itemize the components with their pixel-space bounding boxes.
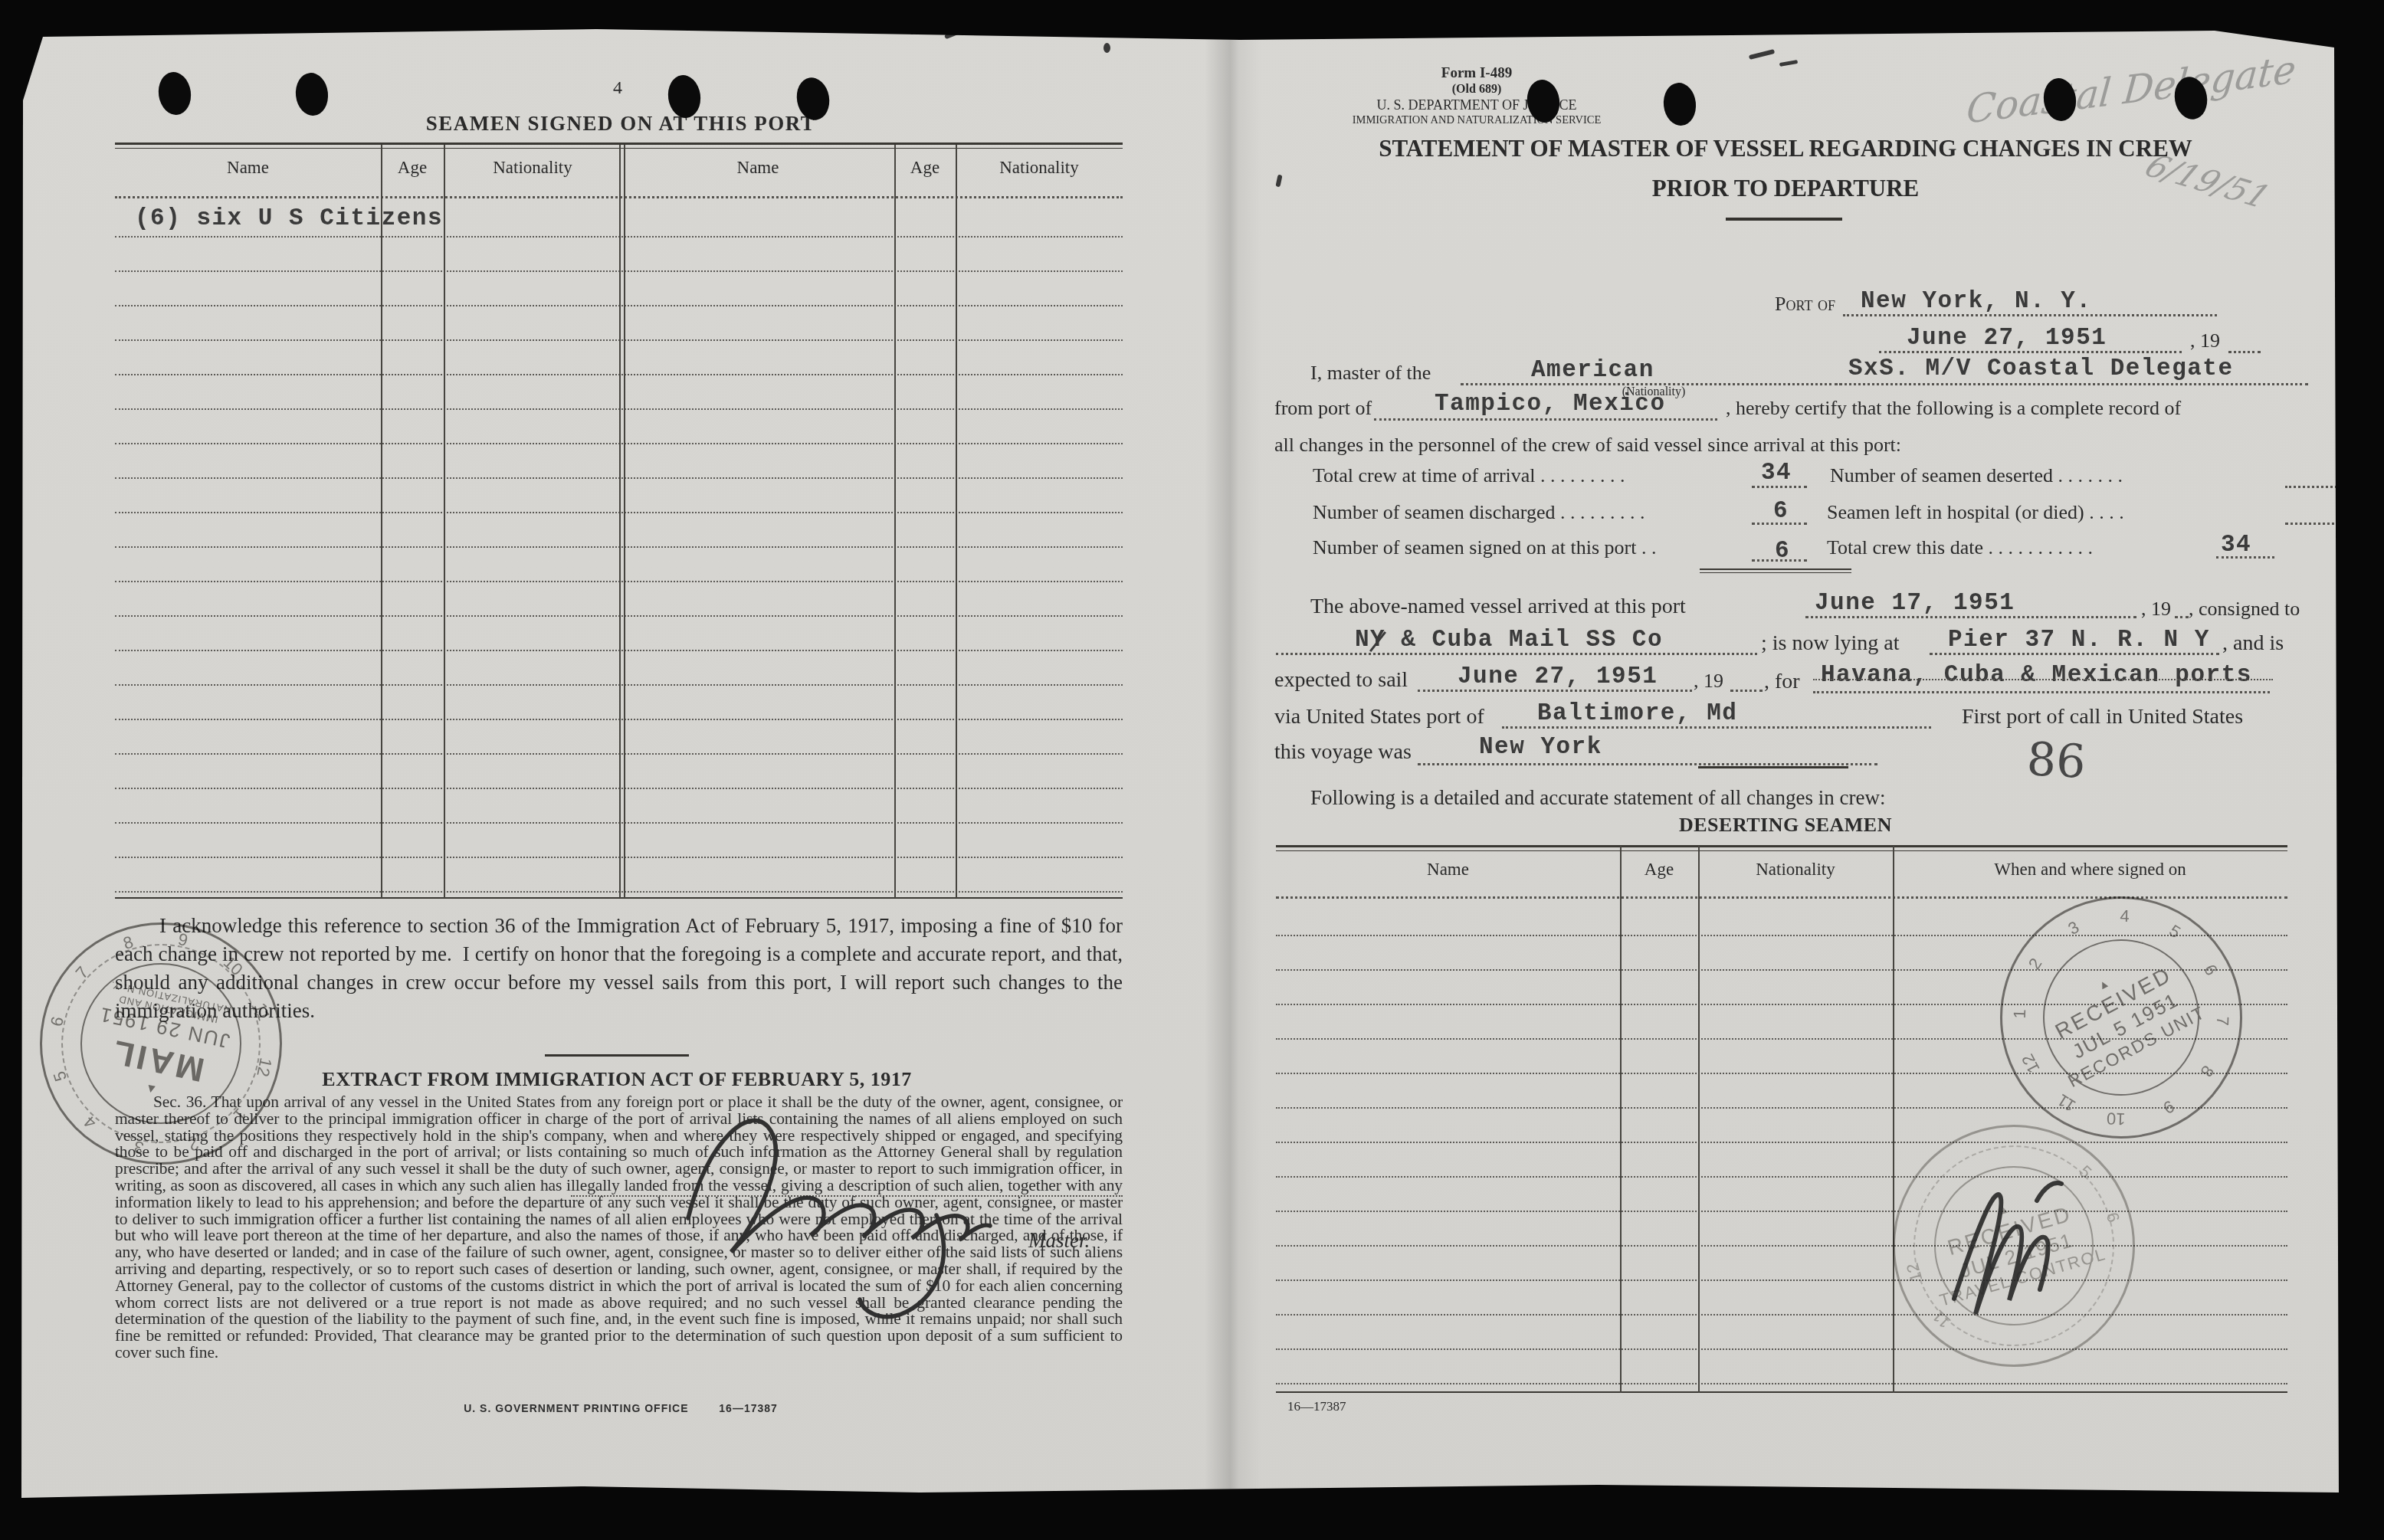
form-old-number-line: (Old 689) [1343, 82, 1611, 97]
left-col-header-name-1: Name [115, 158, 381, 178]
ink-smudge [1749, 49, 1775, 60]
deserting-seamen-title: DESERTING SEAMEN [1648, 814, 1923, 837]
left-page-number: 4 [602, 78, 633, 99]
stat-hospital-line [2285, 523, 2340, 525]
from-port-label: from port of [1274, 397, 1372, 420]
consigned-to-text: , consigned to [2189, 598, 2300, 621]
page-seam [1205, 31, 1261, 1498]
stat-total-date-label: Total crew this date . . . . . . . . . .… [1827, 536, 2093, 559]
via-port-line [1502, 726, 1931, 729]
title-underline-rule [1726, 218, 1842, 221]
extract-divider-rule [545, 1054, 689, 1057]
left-table-column-line [444, 145, 445, 898]
right-table-bottom-rule [1276, 1391, 2287, 1393]
consignee-value: NY & Cuba Mail SS Co [1355, 627, 1663, 654]
extract-body: Sec. 36. That upon arrival of any vessel… [115, 1094, 1123, 1361]
left-page-footer: U. S. GOVERNMENT PRINTING OFFICE 16—1738… [322, 1402, 920, 1414]
right-col-header-nationality: Nationality [1698, 860, 1893, 880]
stat-signed-on-label: Number of seamen signed on at this port … [1313, 536, 1656, 559]
arrived-year-line [2175, 616, 2189, 618]
right-table-column-line [1893, 846, 1894, 1393]
ink-smudge [1103, 43, 1110, 53]
master-of-label: I, master of the [1310, 362, 1431, 385]
form-title-line-1: STATEMENT OF MASTER OF VESSEL REGARDING … [1349, 135, 2222, 162]
expected-sail-label: expected to sail [1274, 668, 1408, 693]
left-table-column-line [624, 145, 625, 898]
from-port-field-value: Tampico, Mexico [1435, 391, 1666, 418]
right-table-column-line [1698, 846, 1700, 1393]
punch-hole [156, 70, 193, 116]
examiner-initials [1931, 1153, 2069, 1352]
paper-sheet: 4 SEAMEN SIGNED ON AT THIS PORT Name Age… [0, 0, 2384, 1540]
scanned-document: 4 SEAMEN SIGNED ON AT THIS PORT Name Age… [0, 0, 2384, 1540]
voyage-divider-rule [1698, 766, 1848, 768]
sail-destination-value: Havana, Cuba & Mexican ports [1821, 662, 2252, 689]
ink-smudge [909, 16, 939, 35]
port-field-value: New York, N. Y. [1861, 288, 2092, 315]
stat-signed-on-value: 6 [1775, 538, 1790, 565]
left-table-column-line [619, 145, 621, 898]
arrived-19-text: , 19 [2141, 598, 2171, 621]
date-year-line [2228, 351, 2261, 353]
stats-divider-rule [1700, 568, 1851, 573]
lying-at-value: Pier 37 N. R. N Y [1948, 627, 2210, 654]
form-number-line: Form I-489 [1343, 64, 1611, 82]
certify-suffix-text: , hereby certify that the following is a… [1726, 397, 2181, 420]
date-field-value: June 27, 1951 [1907, 325, 2107, 352]
left-form-number: 16—17387 [719, 1402, 778, 1414]
left-col-header-age-2: Age [894, 158, 956, 178]
ink-smudge [1779, 60, 1799, 67]
and-is-text: , and is [2222, 631, 2284, 656]
nationality-field-value: American [1531, 357, 1654, 384]
vessel-field-line [1839, 383, 2308, 385]
sail-19-text: , 19 [1694, 670, 1723, 693]
date-19-suffix: , 19 [2190, 329, 2220, 352]
left-table-column-line [381, 145, 382, 898]
lying-at-line [1930, 653, 2219, 655]
stat-total-arrival-value: 34 [1761, 460, 1792, 487]
from-port-field-line [1374, 418, 1717, 421]
right-col-header-name: Name [1276, 860, 1620, 880]
table-row-line [1276, 1211, 2287, 1212]
voyage-label: this voyage was [1274, 740, 1412, 765]
form-id-block: Form I-489 (Old 689) U. S. DEPARTMENT OF… [1343, 64, 1611, 127]
arrived-date-line [1805, 616, 2136, 618]
right-col-header-when-signed: When and where signed on [1893, 860, 2287, 880]
stamp-arrow-icon: ▲ [144, 1080, 159, 1097]
form-title-line-2: PRIOR TO DEPARTURE [1349, 175, 2222, 202]
left-page-title: SEAMEN SIGNED ON AT THIS PORT [368, 112, 874, 136]
voyage-line [1418, 763, 1877, 765]
vessel-field-value: SxS. M/V Coastal Delegate [1848, 356, 2234, 382]
lying-at-label: ; is now lying at [1761, 631, 1899, 656]
ink-smudge [944, 27, 967, 40]
handwritten-page-note: 86 [2025, 732, 2087, 789]
left-table-column-line [956, 145, 957, 898]
stat-deserted-label: Number of seamen deserted . . . . . . . [1830, 464, 2123, 487]
sail-date-value: June 27, 1951 [1458, 664, 1658, 690]
extract-title: EXTRACT FROM IMMIGRATION ACT OF FEBRUARY… [261, 1068, 973, 1091]
stat-hospital-label: Seamen left in hospital (or died) . . . … [1827, 501, 2124, 524]
handwritten-vessel-note: Coastal Delegate [1965, 47, 2297, 133]
via-port-value: Baltimore, Md [1537, 700, 1737, 727]
stat-deserted-line [2285, 486, 2337, 488]
table-row-line [1276, 1176, 2287, 1178]
left-col-header-nationality-2: Nationality [956, 158, 1123, 178]
consignee-line [1276, 653, 1757, 655]
right-table-top-rule [1276, 845, 2287, 851]
via-port-label: via United States port of [1274, 705, 1484, 729]
left-table-column-line [894, 145, 896, 898]
left-col-header-nationality-1: Nationality [444, 158, 621, 178]
printing-office-imprint: U. S. GOVERNMENT PRINTING OFFICE [464, 1402, 688, 1414]
first-port-label: First port of call in United States [1962, 705, 2243, 729]
record-line-text: all changes in the personnel of the crew… [1274, 434, 1901, 457]
stat-discharged-value: 6 [1773, 498, 1789, 525]
stat-total-arrival-label: Total crew at time of arrival . . . . . … [1313, 464, 1625, 487]
sail-destination-line-mid [1813, 679, 2273, 680]
arrived-prefix-text: The above-named vessel arrived at this p… [1310, 595, 1686, 619]
sail-destination-line [1813, 691, 2270, 693]
voyage-value: New York [1479, 734, 1602, 761]
table-row-line [1276, 1348, 2287, 1350]
ink-smudge [1275, 175, 1282, 188]
left-col-header-age-1: Age [381, 158, 444, 178]
right-col-header-age: Age [1620, 860, 1698, 880]
seamen-signed-entry: (6) six U S Citizens [135, 205, 443, 232]
sail-for-text: , for [1764, 670, 1800, 694]
punch-hole [1661, 81, 1698, 127]
right-table-column-line [1620, 846, 1622, 1393]
service-line: IMMIGRATION AND NATURALIZATION SERVICE [1343, 114, 1611, 128]
right-form-number: 16—17387 [1287, 1399, 1346, 1414]
left-col-header-name-2: Name [621, 158, 894, 178]
port-of-label: Port of [1775, 293, 1835, 316]
arrived-date-value: June 17, 1951 [1815, 590, 2015, 617]
stat-total-date-value: 34 [2221, 532, 2251, 559]
stat-discharged-label: Number of seamen discharged . . . . . . … [1313, 501, 1645, 524]
following-statement-text: Following is a detailed and accurate sta… [1310, 786, 1885, 810]
sail-year-line [1730, 690, 1763, 692]
punch-hole [293, 71, 330, 117]
department-line: U. S. DEPARTMENT OF JUSTICE [1343, 97, 1611, 114]
table-row-line [1276, 1383, 2287, 1384]
